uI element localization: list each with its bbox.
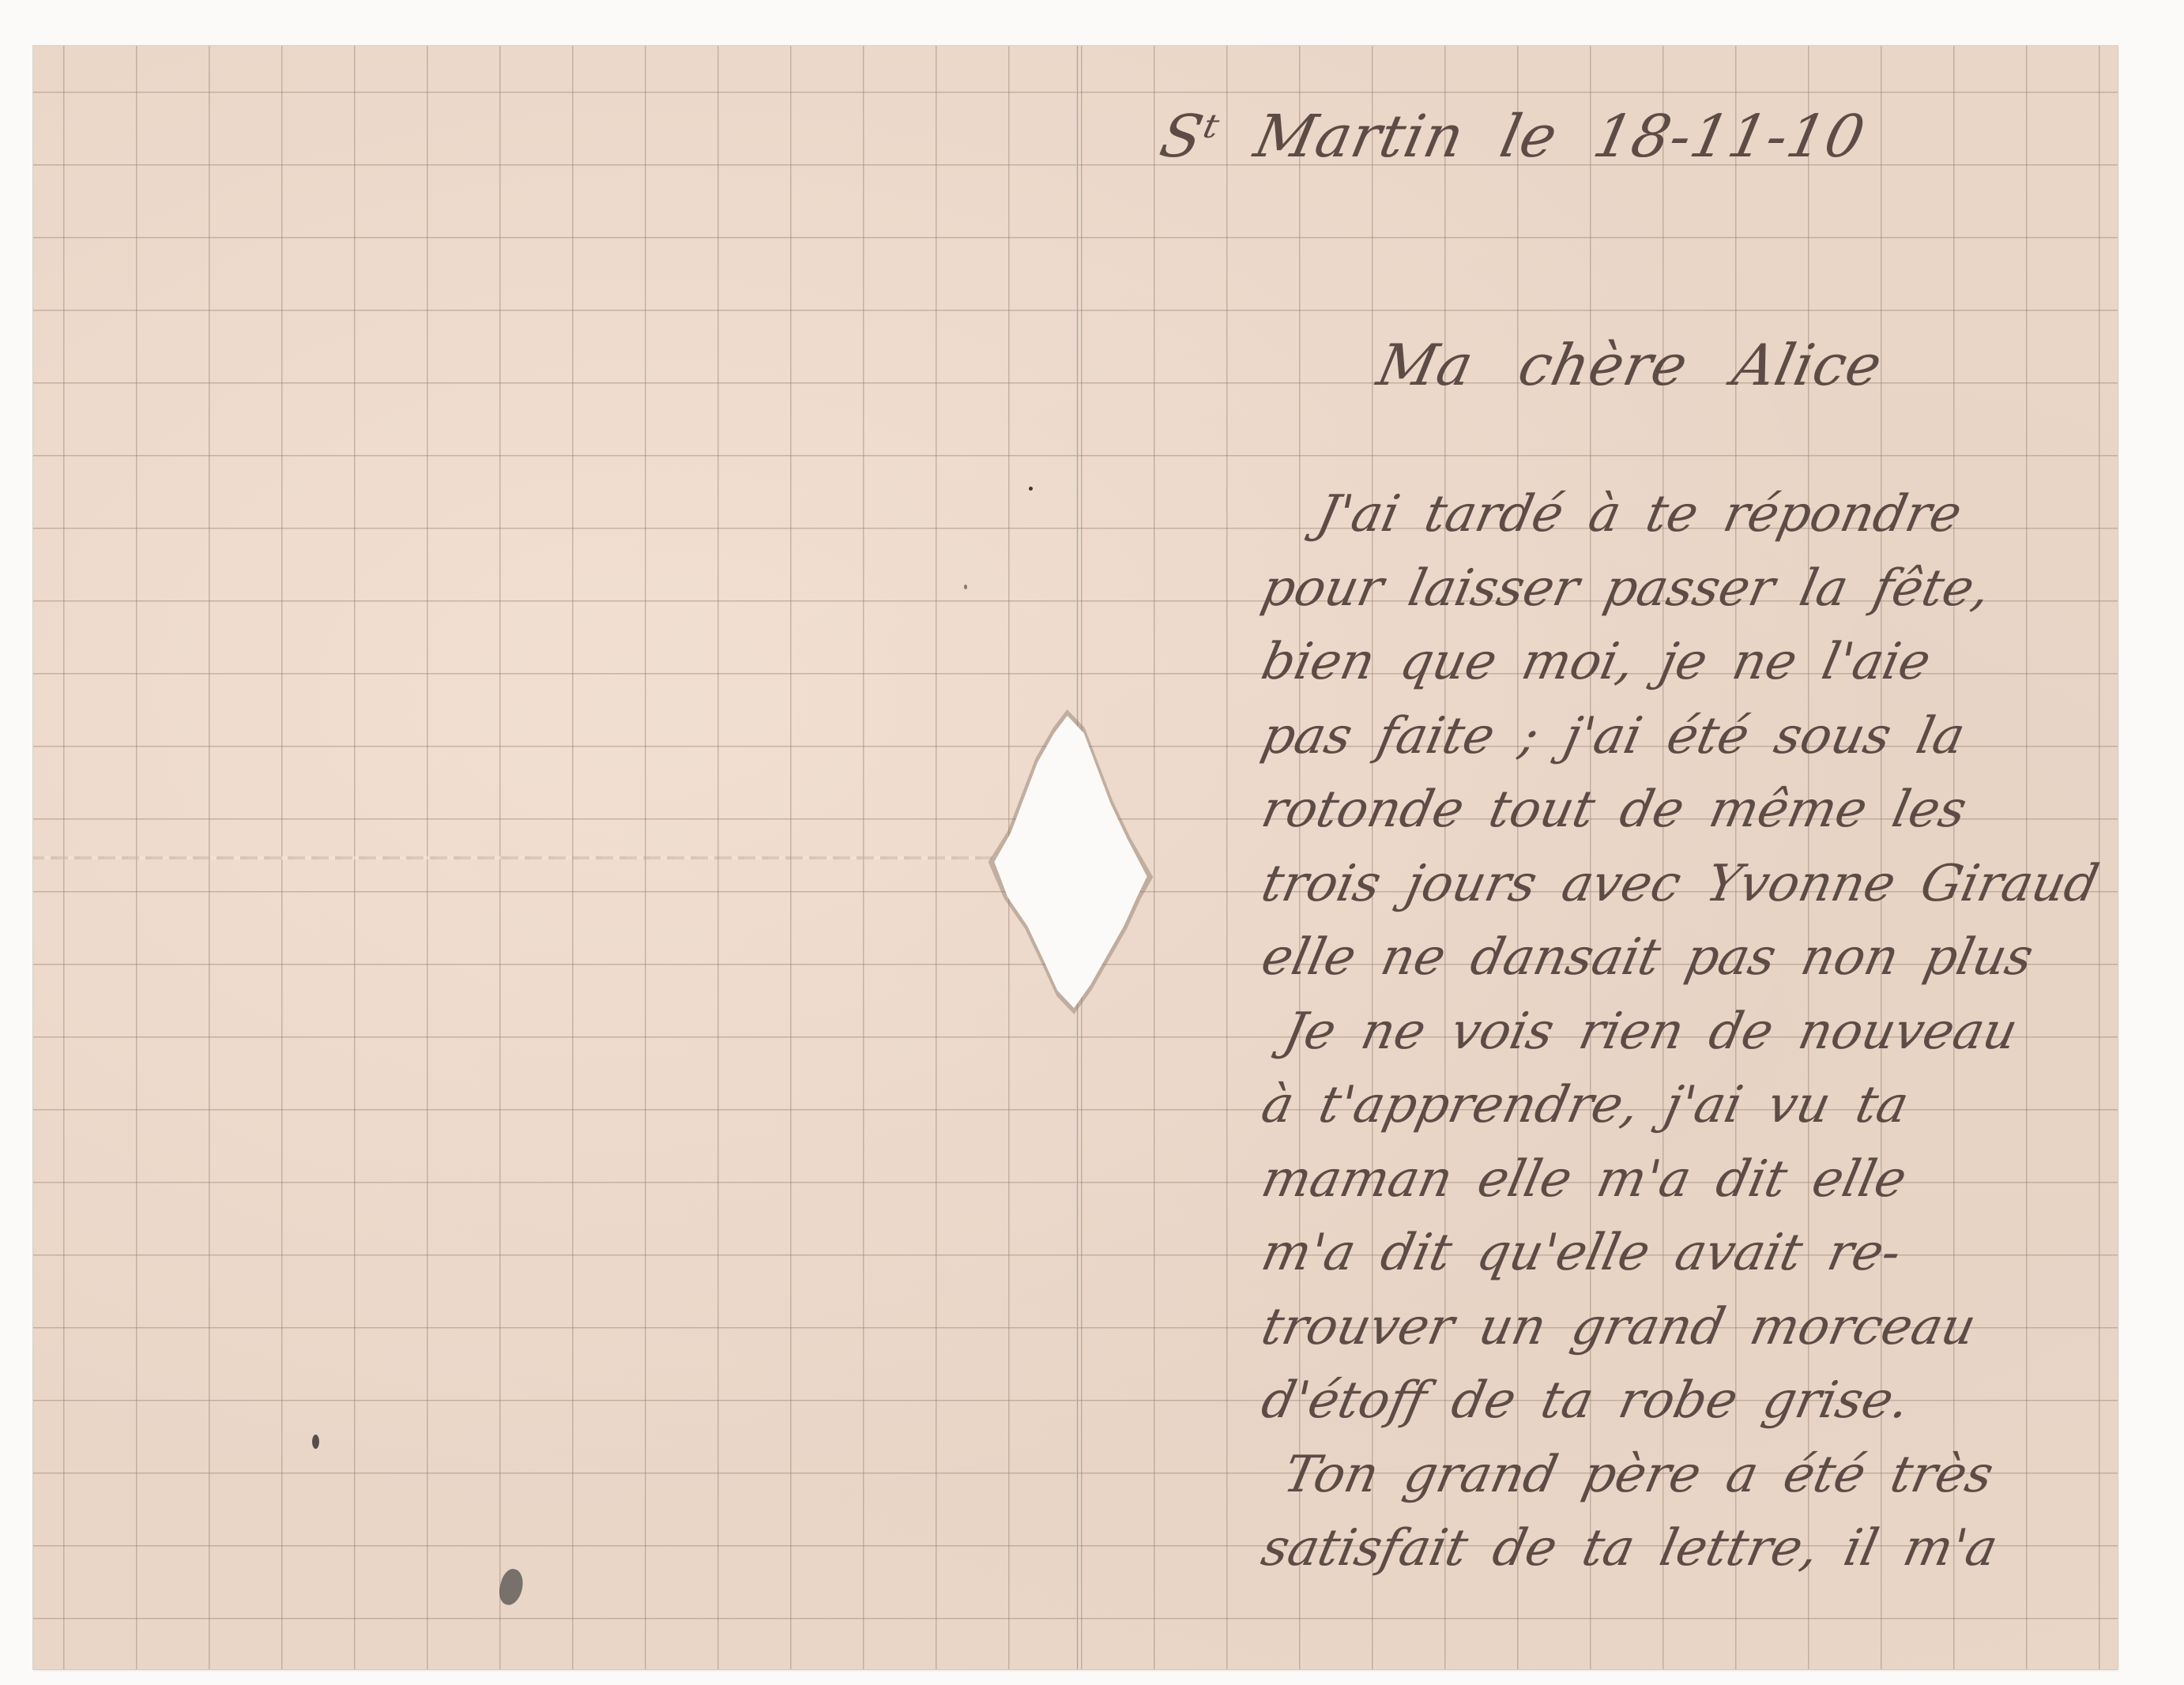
letter-header-place-date: Sᵗ Martin le 18-11-10: [1154, 103, 1871, 171]
body-line: elle ne dansait pas non plus: [1255, 921, 2108, 995]
body-line: à t'apprendre, j'ai vu ta: [1255, 1069, 2108, 1143]
body-line: Ton grand père a été très: [1255, 1439, 2108, 1513]
body-line: satisfait de ta lettre, il m'a: [1255, 1512, 2108, 1586]
body-line: pour laisser passer la fête,: [1255, 552, 2108, 626]
body-line: bien que moi, je ne l'aie: [1255, 626, 2108, 700]
ink-dot: [964, 585, 967, 589]
body-line: trois jours avec Yvonne Giraud: [1255, 848, 2108, 922]
letter-body: J'ai tardé à te répondre pour laisser pa…: [1255, 478, 2092, 1586]
ink-smudge: [496, 1567, 527, 1608]
ink-dot: [1029, 487, 1033, 491]
body-line: trouver un grand morceau: [1255, 1291, 2108, 1365]
body-line: rotonde tout de même les: [1255, 773, 2108, 848]
salutation: Ma chère Alice: [1372, 332, 1888, 398]
body-line: Je ne vois rien de nouveau: [1255, 995, 2108, 1070]
horizontal-fold-crease: [33, 856, 1076, 859]
body-line: J'ai tardé à te répondre: [1255, 478, 2108, 552]
body-line: m'a dit qu'elle avait re-: [1255, 1217, 2108, 1291]
body-line: pas faite ; j'ai été sous la: [1255, 700, 2108, 774]
body-line: maman elle m'a dit elle: [1255, 1143, 2108, 1217]
body-line: d'étoff de ta robe grise.: [1255, 1364, 2108, 1439]
ink-spot: [312, 1435, 319, 1449]
